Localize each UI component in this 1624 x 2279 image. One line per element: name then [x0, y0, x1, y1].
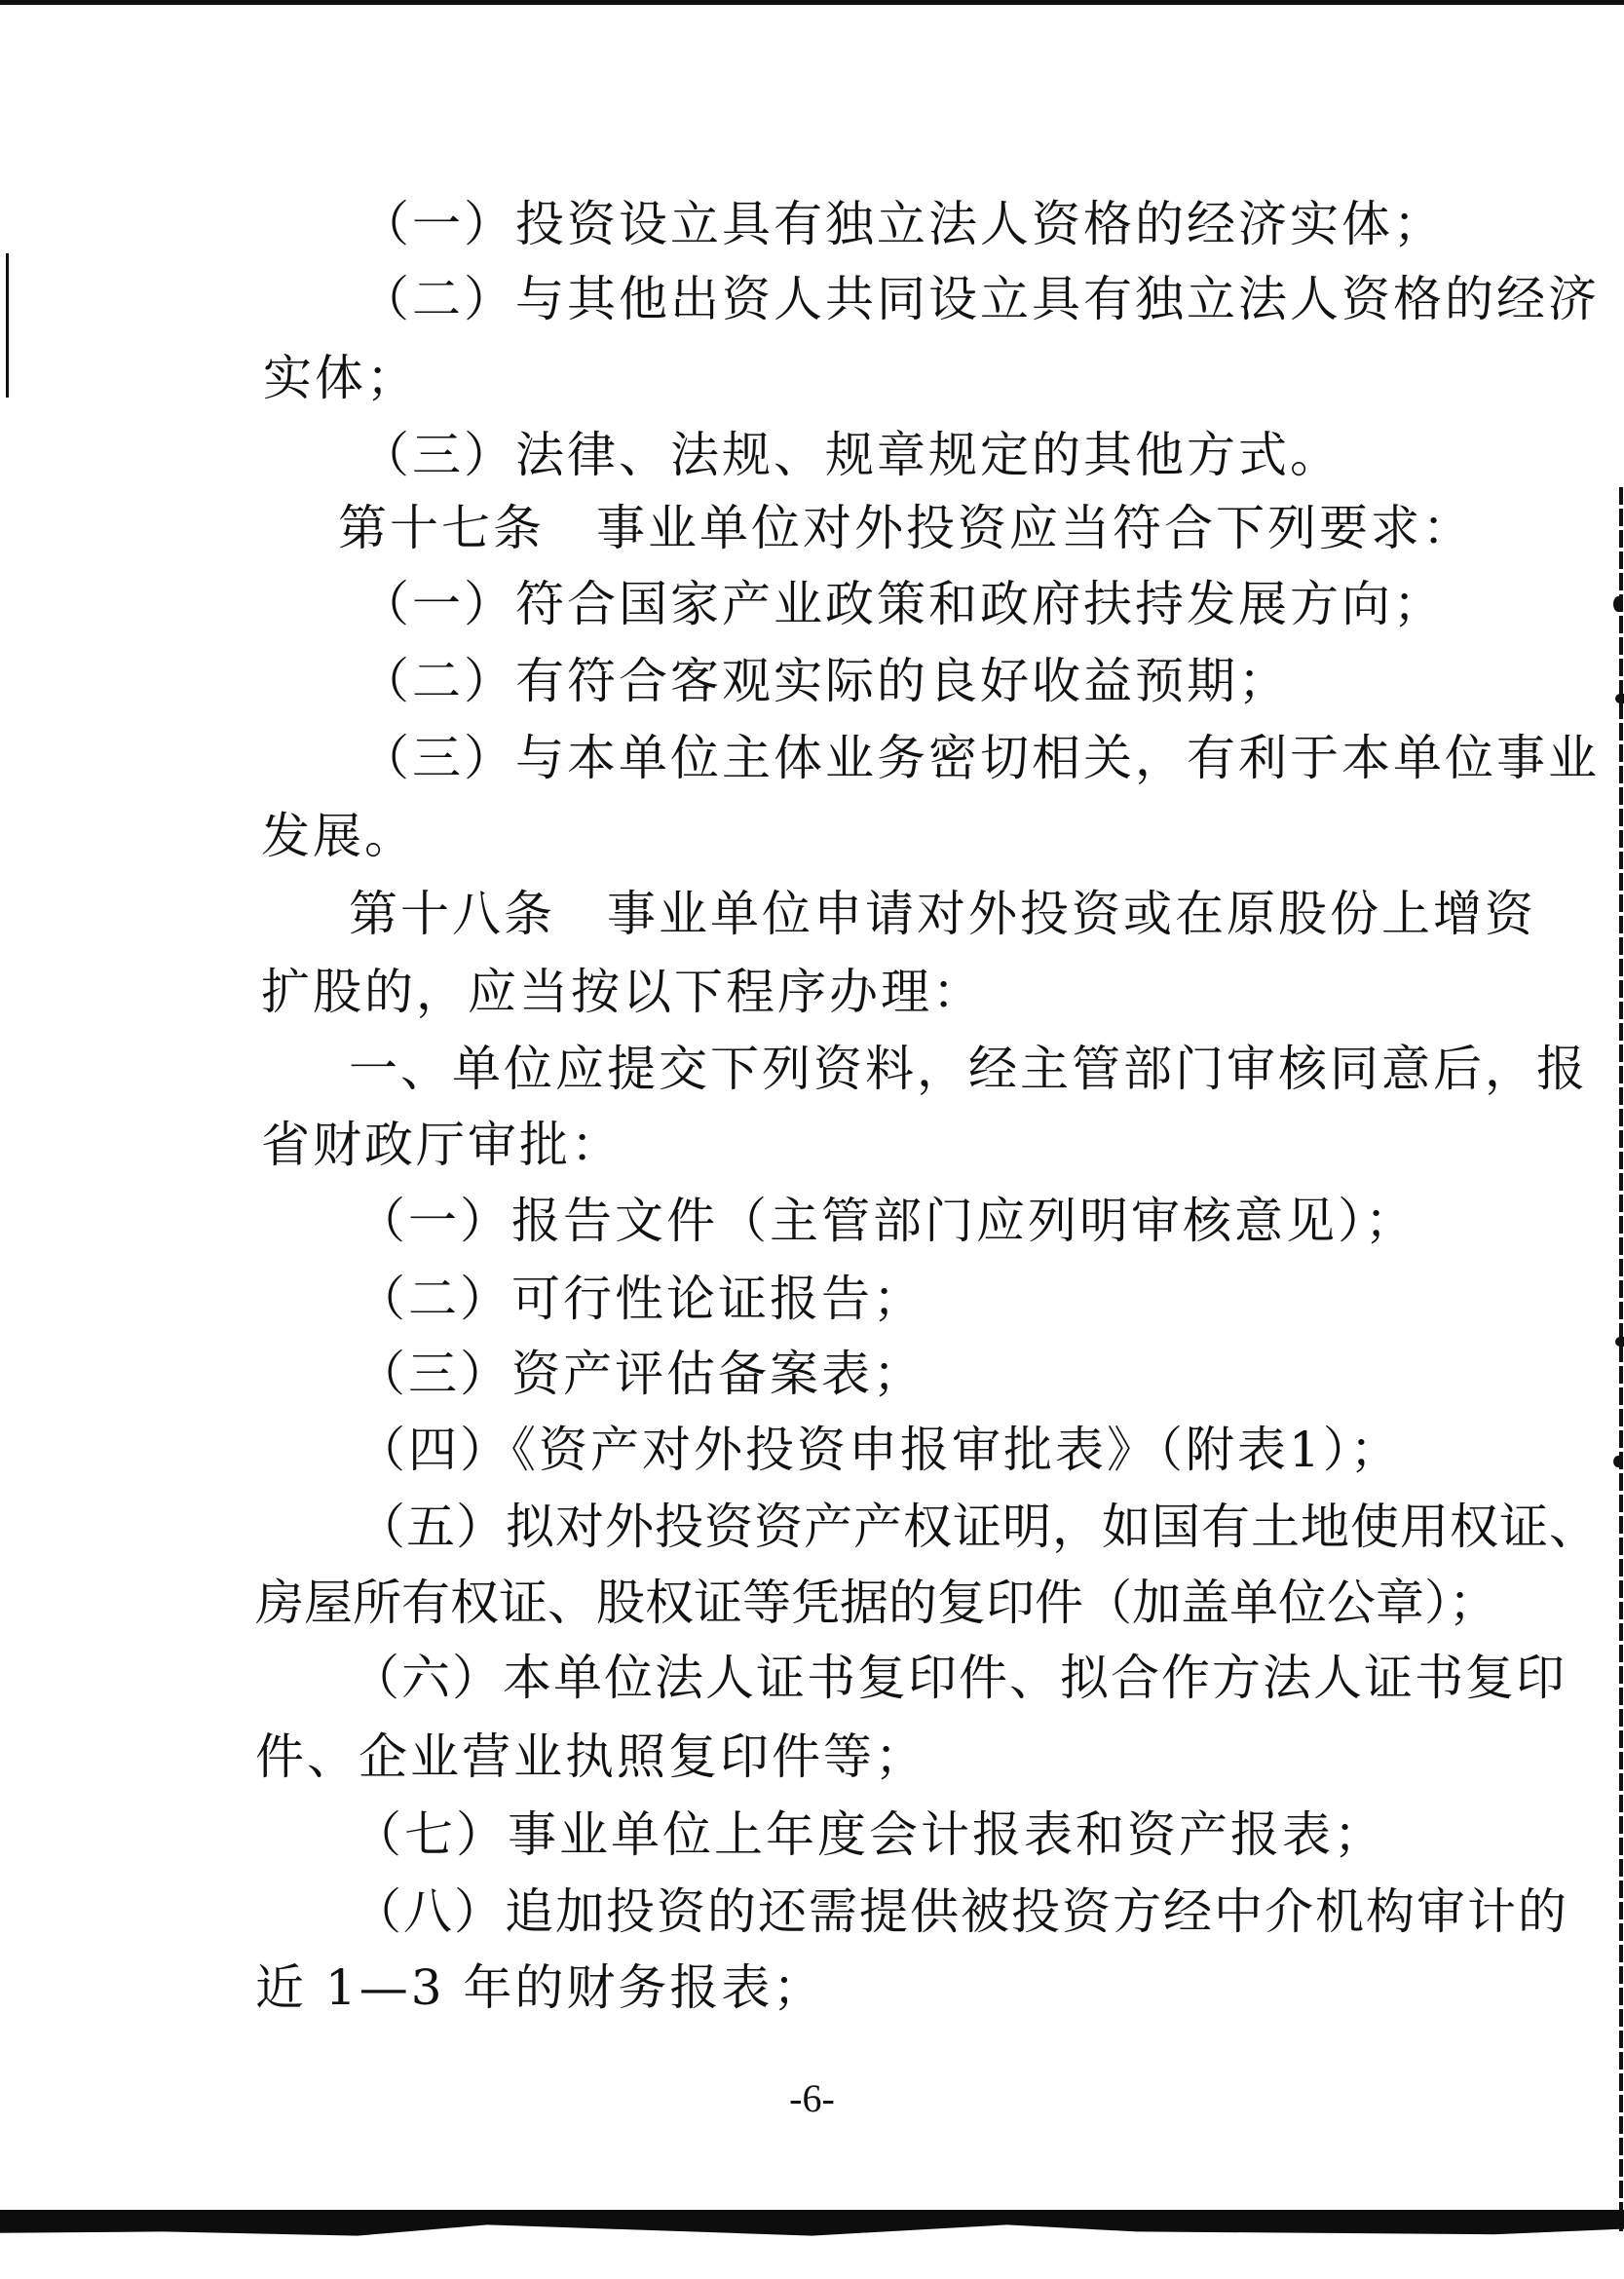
text-line: （四）《资产对外投资申报审批表》（附表1）；: [357, 1421, 1402, 1479]
text-line: （三）资产评估备案表；: [357, 1345, 925, 1403]
text-line: （八）追加投资的还需提供被投资方经中介机构审计的: [353, 1882, 1568, 1941]
text-line: 实体；: [263, 349, 418, 407]
text-line: （一）投资设立具有独立法人资格的经济实体；: [360, 195, 1393, 253]
text-line: 扩股的，应当按以下程序办理：: [261, 963, 984, 1021]
text-line: 省财政厅审批：: [261, 1116, 623, 1174]
scan-top-border: [0, 0, 1624, 5]
article-heading: 第十七条 事业单位对外投资应当符合下列要求：: [338, 499, 1474, 557]
scan-bottom-border: [0, 2210, 1624, 2237]
text-line: （二）可行性论证报告；: [357, 1270, 925, 1328]
scan-blob: [1613, 1456, 1623, 1467]
text-line: （五）拟对外投资资产产权证明，如国有土地使用权证、: [357, 1498, 1599, 1556]
text-line: （一）符合国家产业政策和政府扶持发展方向；: [360, 575, 1445, 633]
text-line: （二）有符合客观实际的良好收益预期；: [360, 652, 1290, 710]
text-line: 房屋所有权证、股权证等凭据的复印件（加盖单位公章）；: [255, 1574, 1497, 1632]
scan-left-mark: [6, 253, 9, 398]
text-line: （一）报告文件（主管部门应列明审核意见）；: [357, 1192, 1416, 1250]
article-heading: 第十八条 事业单位申请对外投资或在原股份上增资: [349, 885, 1536, 943]
text-line: 一、单位应提交下列资料，经主管部门审核同意后，报: [349, 1040, 1588, 1098]
scan-blob: [1615, 694, 1624, 703]
text-line: 近 1—3 年的财务报表；: [255, 1958, 824, 2017]
text-line: （二）与其他出资人共同设立具有独立法人资格的经济: [360, 270, 1600, 328]
text-line: （三）法律、法规、规章规定的其他方式。: [360, 426, 1341, 484]
scan-blob: [1615, 1337, 1624, 1347]
scan-blob: [1613, 596, 1623, 612]
text-line: （七）事业单位上年度会计报表和资产报表；: [353, 1805, 1385, 1864]
scan-right-edge: [1619, 487, 1623, 2231]
text-line: 件、企业营业执照复印件等；: [255, 1728, 926, 1786]
text-line: （六）本单位法人证书复印件、拟合作方法人证书复印: [351, 1649, 1567, 1707]
document-page: （一）投资设立具有独立法人资格的经济实体； （二）与其他出资人共同设立具有独立法…: [0, 0, 1624, 2279]
text-line: （三）与本单位主体业务密切相关，有利于本单位事业: [360, 729, 1600, 787]
page-number: -6-: [0, 2075, 1624, 2121]
text-line: 发展。: [261, 807, 416, 865]
